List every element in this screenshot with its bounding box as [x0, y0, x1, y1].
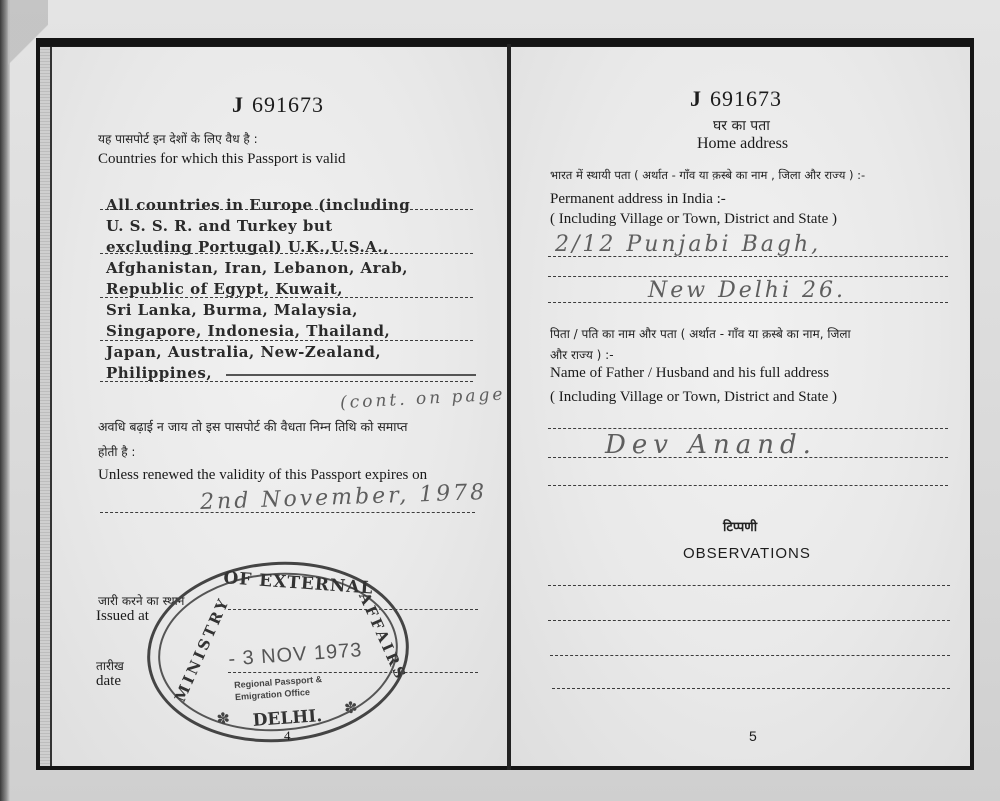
- father-label-hindi-line2: और राज्य ) :-: [550, 346, 614, 363]
- father-name-label: Name of Father / Husband and his full ad…: [550, 365, 829, 382]
- passport-page-right: [511, 47, 970, 766]
- observations-title-hindi: टिप्पणी: [723, 517, 757, 535]
- scan-edge-shadow: [0, 0, 10, 801]
- validity-label: Unless renewed the validity of this Pass…: [98, 467, 427, 484]
- countries-line: Afghanistan, Iran, Lebanon, Arab,: [106, 259, 408, 277]
- countries-line: Philippines,: [106, 364, 212, 382]
- page-number-left: 4: [284, 728, 291, 744]
- countries-line: excluding Portugal) U.K.,U.S.A.,: [106, 238, 389, 256]
- permanent-address-label: Permanent address in India :-: [550, 191, 726, 208]
- father-name-handwritten: Dev Anand.: [605, 430, 817, 460]
- stamp-ornament-right-icon: ✽: [343, 698, 358, 719]
- passport-number-prefix: J: [232, 92, 244, 117]
- countries-line: Sri Lanka, Burma, Malaysia,: [106, 301, 358, 319]
- address-line: [548, 276, 948, 277]
- countries-line: U. S. S. R. and Turkey but: [106, 217, 333, 235]
- father-line: [548, 428, 948, 429]
- countries-line: All countries in Europe (including: [106, 196, 410, 214]
- page-number-right: 5: [749, 728, 757, 744]
- countries-label: Countries for which this Passport is val…: [98, 151, 346, 168]
- issued-at-label: Issued at: [96, 608, 149, 625]
- dotted-line: [100, 340, 473, 341]
- countries-line: Singapore, Indonesia, Thailand,: [106, 322, 390, 340]
- observations-title: OBSERVATIONS: [683, 545, 811, 562]
- validity-label-hindi-line1: अवधि बढ़ाई न जाय तो इस पासपोर्ट की वैधता…: [98, 418, 407, 435]
- permanent-address-line2-handwritten: New Delhi 26.: [648, 278, 846, 303]
- father-label-hindi-line1: पिता / पति का नाम और पता ( अर्थात - गाँव…: [550, 325, 851, 342]
- observations-line: [548, 585, 950, 586]
- home-address-title-hindi: घर का पता: [713, 116, 770, 135]
- father-line: [548, 485, 948, 486]
- home-address-title: Home address: [697, 135, 788, 153]
- countries-line: Japan, Australia, New-Zealand,: [106, 343, 381, 361]
- observations-line: [550, 655, 950, 656]
- address-line: [548, 302, 948, 303]
- permanent-address-label-hindi: भारत में स्थायी पता ( अर्थात - गाँव या क…: [550, 168, 865, 183]
- permanent-address-line1-handwritten: 2/12 Punjabi Bagh,: [555, 232, 821, 257]
- passport-number-left: J691673: [232, 92, 324, 118]
- countries-label-hindi: यह पासपोर्ट इन देशों के लिए वैध है :: [98, 130, 258, 147]
- father-address-sub: ( Including Village or Town, District an…: [550, 389, 837, 406]
- date-label-hindi: तारीख: [96, 657, 124, 674]
- validity-label-hindi-line2: होती है :: [98, 443, 135, 460]
- page-edge-strip: [40, 47, 52, 766]
- father-line: [548, 457, 948, 458]
- expiry-date-line: [100, 512, 475, 513]
- address-line: [548, 256, 948, 257]
- countries-line: Republic of Egypt, Kuwait,: [106, 280, 343, 298]
- strike-line: [226, 374, 476, 376]
- passport-number-value: 691673: [710, 86, 782, 111]
- observations-line: [552, 688, 950, 689]
- observations-line: [548, 620, 950, 621]
- passport-number-value: 691673: [252, 92, 324, 117]
- passport-number-right: J691673: [690, 86, 782, 112]
- passport-number-prefix: J: [690, 86, 702, 111]
- date-label: date: [96, 673, 121, 690]
- stamp-ornament-left-icon: ✽: [216, 709, 231, 730]
- permanent-address-sub: ( Including Village or Town, District an…: [550, 211, 837, 228]
